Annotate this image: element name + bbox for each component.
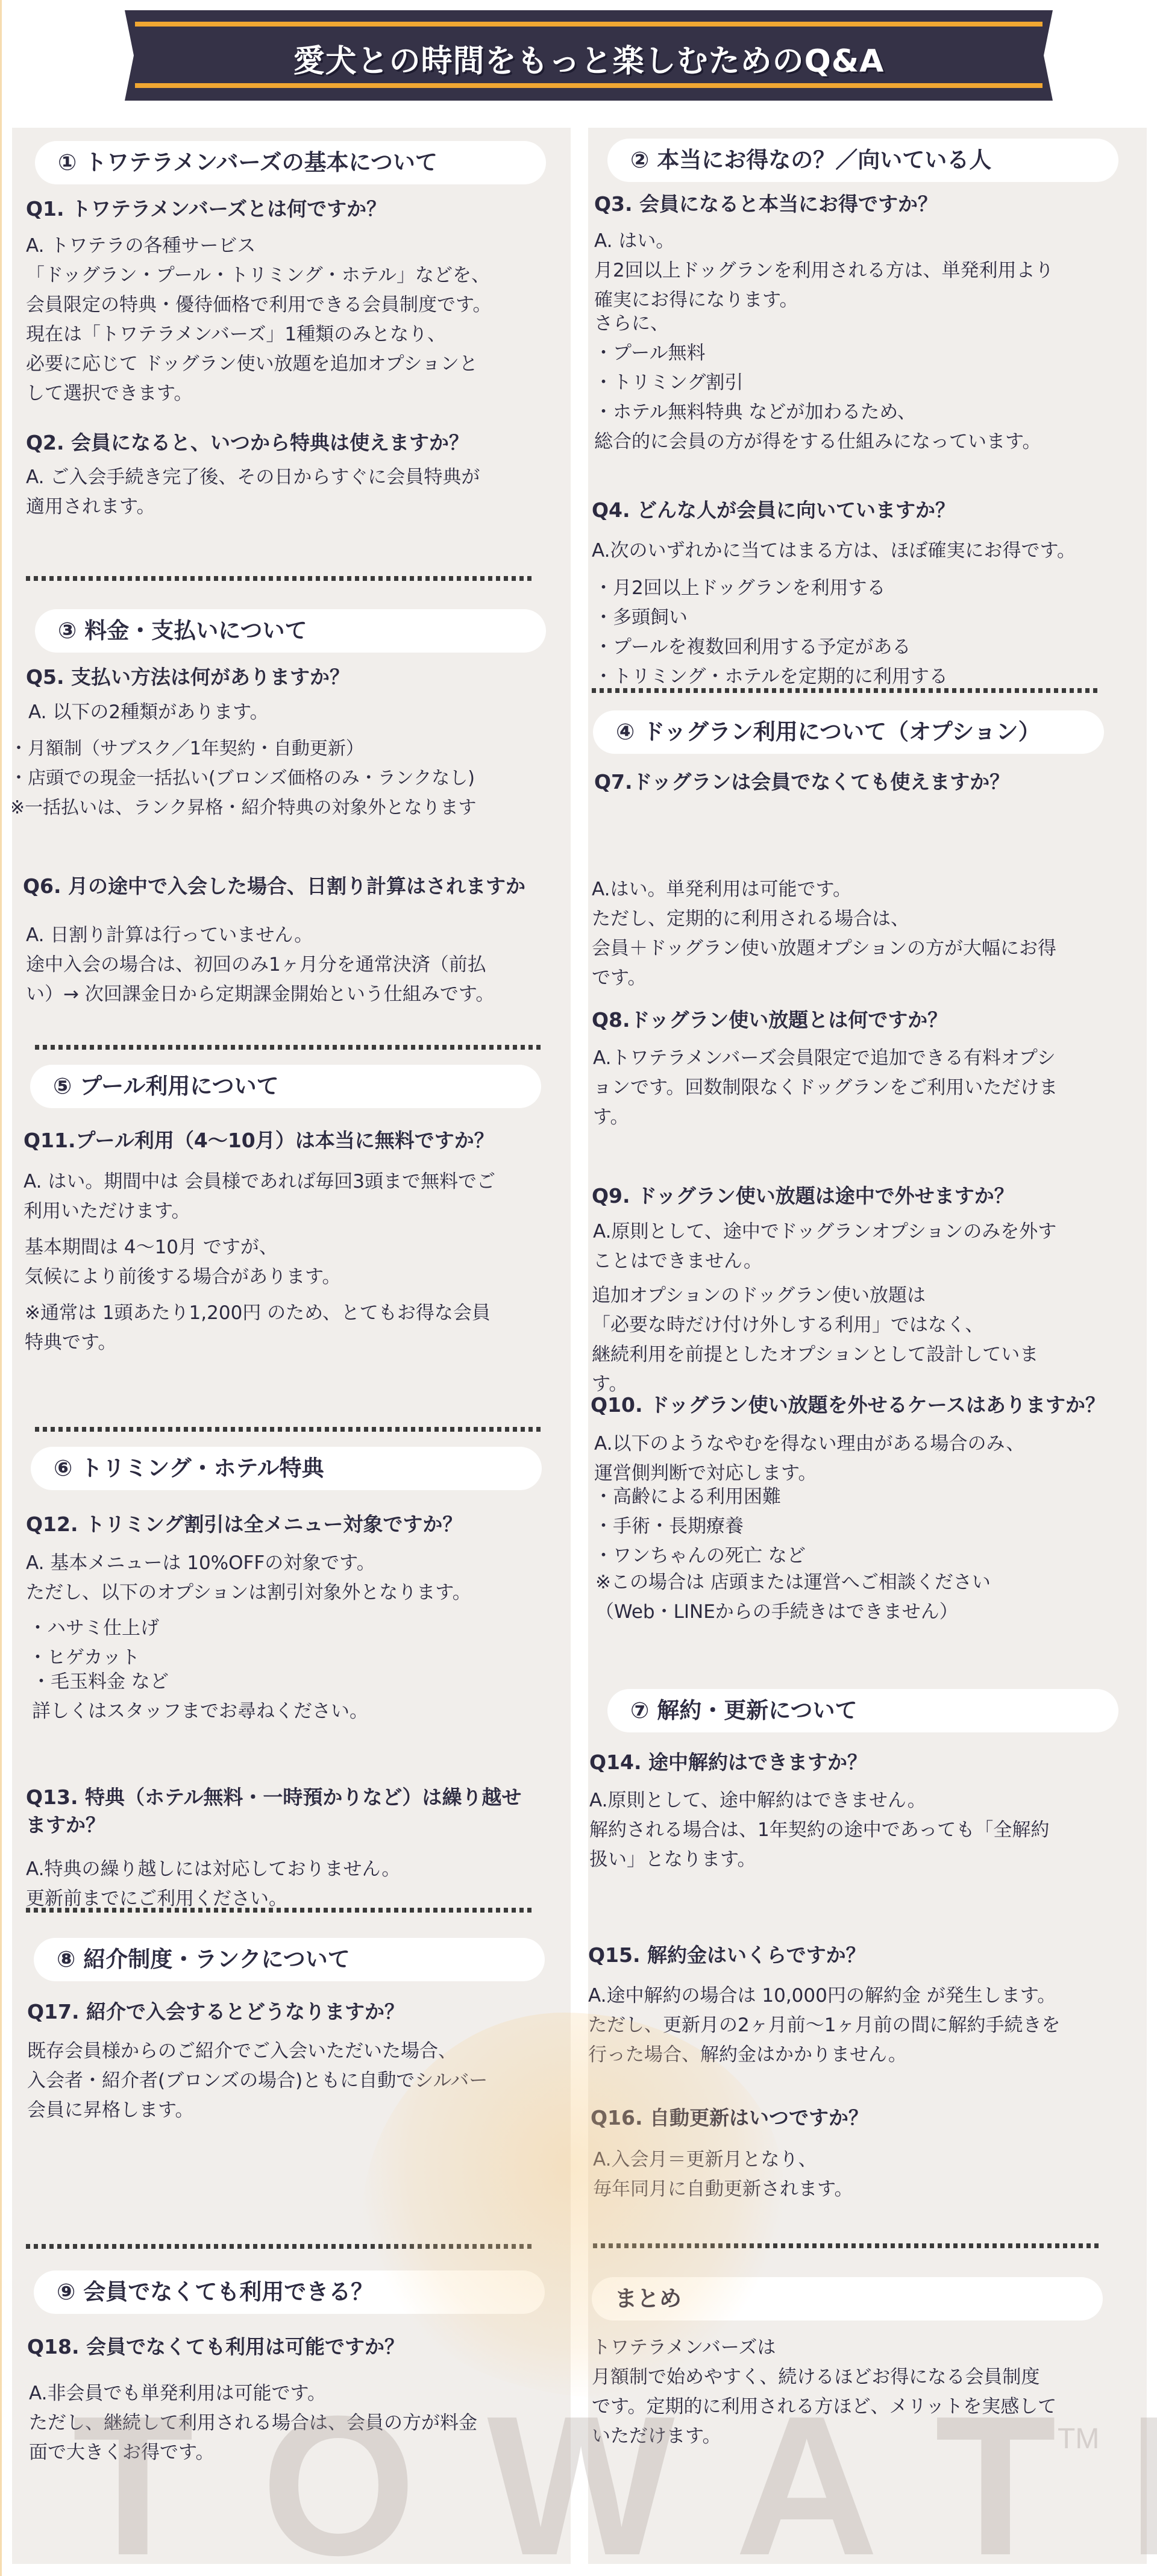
section-heading-pool: ⑤ プール利用について [30,1065,541,1108]
answer-q14: A.原則として、途中解約はできません。 解約される場合は、1年契約の途中であって… [589,1786,1049,1875]
question-q6: Q6. 月の途中で入会した場合、日割り計算はされますか [23,873,525,900]
answer-q18: A.非会員でも単発利用は可能です。 ただし、継続して利用される場合は、会員の方が… [29,2379,477,2468]
section-heading-cancel-renew: ⑦ 解約・更新について [607,1689,1118,1732]
answer-q10-note: ※この場合は 店頭または運営へご相談ください （Web・LINEからの手続きはで… [595,1568,991,1627]
question-q14: Q14. 途中解約はできますか？ [589,1749,867,1776]
question-q8: Q8.ドッグラン使い放題とは何ですか？ [592,1006,947,1034]
question-q13: Q13. 特典（ホテル無料・一時預かりなど）は繰り越せ ますか？ [26,1784,521,1839]
divider [593,2243,1100,2248]
answer-q3-extra: さらに、 ・プール無料 ・トリミング割引 ・ホテル無料特典 などが加わるため、 … [594,309,1041,457]
left-edge-accent [0,0,2,2576]
question-q7: Q7.ドッグランは会員でなくても使えますか？ [594,768,1009,796]
answer-q10-reasons: ・高齢による利用困難 ・手術・長期療養 ・ワンちゃんの死亡 など [594,1482,806,1571]
section-heading-referral-rank: ⑧ 紹介制度・ランクについて [34,1938,545,1981]
answer-q4: A.次のいずれかに当てはまる方は、ほぼ確実にお得です。 [592,536,1076,566]
answer-q12-more: ・毛玉料金 など 詳しくはスタッフまでお尋ねください。 [32,1667,368,1726]
answer-q3: A. はい。 月2回以上ドッグランを利用される方は、単発利用より 確実にお得にな… [594,227,1053,315]
answer-q12: A. 基本メニューは 10%OFFの対象です。 ただし、以下のオプションは割引対… [26,1549,471,1608]
section-heading-non-member: ⑨ 会員でなくても利用できる？ [34,2270,545,2314]
section-heading-summary: まとめ [592,2277,1103,2321]
question-q16: Q16. 自動更新はいつですか？ [591,2104,868,2132]
question-q18: Q18. 会員でなくても利用は可能ですか？ [27,2333,404,2361]
question-q1: Q1. トワテラメンバーズとは何ですか？ [26,195,386,223]
answer-q4-list: ・月2回以上ドッグランを利用する ・多頭飼い ・プールを複数回利用する予定がある… [594,574,948,692]
answer-q5: A. 以下の2種類があります。 [28,698,269,727]
divider [26,2244,533,2249]
answer-q7: A.はい。単発利用は可能です。 ただし、定期的に利用される場合は、 会員＋ドッグ… [592,875,1056,993]
question-q17: Q17. 紹介で入会するとどうなりますか？ [27,1998,404,2026]
answer-q9-detail: 追加オプションのドッグラン使い放題は 「必要な時だけ付け外しする利用」ではなく、… [592,1281,1038,1399]
section-heading-value: ② 本当にお得なの？／向いている人 [607,139,1118,182]
section-heading-payment: ③ 料金・支払いについて [35,609,546,653]
section-heading-trimming-hotel: ⑥ トリミング・ホテル特典 [31,1447,542,1490]
question-q11: Q11.プール利用（4〜10月）は本当に無料ですか？ [24,1127,494,1155]
question-q15: Q15. 解約金はいくらですか？ [588,1941,866,1969]
divider [592,688,1099,693]
answer-q13: A.特典の繰り越しには対応しておりません。 更新前までにご利用ください。 [26,1855,400,1914]
answer-q15: A.途中解約の場合は 10,000円の解約金 が発生します。 ただし、更新月の2… [588,1981,1060,2070]
answer-q9: A.原則として、途中でドッグランオプションのみを外す ことはできません。 [593,1217,1056,1276]
answer-q16: A.入会月＝更新月となり、 毎年同月に自動更新されます。 [593,2145,853,2204]
left-column: ① トワテラメンバーズの基本について Q1. トワテラメンバーズとは何ですか？ … [12,128,571,2564]
answer-q6: A. 日割り計算は行っていません。 途中入会の場合は、初回のみ1ヶ月分を通常決済… [26,921,494,1009]
question-q5: Q5. 支払い方法は何がありますか？ [26,663,350,691]
answer-q1: A. トワテラの各種サービス 「ドッグラン・プール・トリミング・ホテル」などを、… [26,231,492,409]
summary-text: トワテラメンバーズは 月額制で始めやすく、続けるほどお得になる会員制度 です。定… [592,2333,1056,2451]
section-heading-basics: ① トワテラメンバーズの基本について [35,141,546,184]
question-q10: Q10. ドッグラン使い放題を外せるケースはありますか？ [591,1391,1105,1419]
section-heading-dogrun: ④ ドッグラン利用について（オプション） [593,710,1104,754]
answer-q8: A.トワテラメンバーズ会員限定で追加できる有料オプシ ョンです。回数制限なくドッ… [593,1044,1058,1132]
title-banner: 愛犬との時間をもっと楽しむためのQ&A [125,10,1053,101]
right-column: ② 本当にお得なの？／向いている人 Q3. 会員になると本当にお得ですか？ A.… [588,128,1147,2564]
divider [35,1427,542,1432]
answer-q11: A. はい。期間中は 会員様であれば毎回3頭まで無料でご 利用いただけます。 [24,1167,495,1226]
divider [26,576,533,581]
answer-q17: 既存会員様からのご紹介でご入会いただいた場合、 入会者・紹介者(ブロンズの場合)… [27,2037,488,2125]
answer-q12-options: ・ハサミ仕上げ ・ヒゲカット [28,1614,159,1673]
question-q4: Q4. どんな人が会員に向いていますか？ [592,497,955,524]
divider [35,1045,542,1050]
page-title: 愛犬との時間をもっと楽しむためのQ&A [125,36,1053,81]
question-q2: Q2. 会員になると、いつから特典は使えますか？ [26,429,469,457]
answer-q5-list: ・月額制（サブスク／1年契約・自動更新） ・店頭での現金一括払い(ブロンズ価格の… [12,734,477,823]
question-q3: Q3. 会員になると本当にお得ですか？ [594,190,938,218]
divider [26,1908,533,1913]
question-q9: Q9. ドッグラン使い放題は途中で外せますか？ [592,1182,1014,1210]
answer-q11-note: ※通常は 1頭あたり1,200円 のため、とてもお得な会員 特典です。 [25,1299,491,1358]
question-q12: Q12. トリミング割引は全メニュー対象ですか？ [26,1511,462,1538]
answer-q10: A.以下のようなやむを得ない理由がある場合のみ、 運営側判断で対応します。 [594,1429,1024,1488]
answer-q11-period: 基本期間は 4〜10月 ですが、 気候により前後する場合があります。 [25,1233,341,1292]
answer-q2: A. ご入会手続き完了後、その日からすぐに会員特典が 適用されます。 [26,463,480,522]
